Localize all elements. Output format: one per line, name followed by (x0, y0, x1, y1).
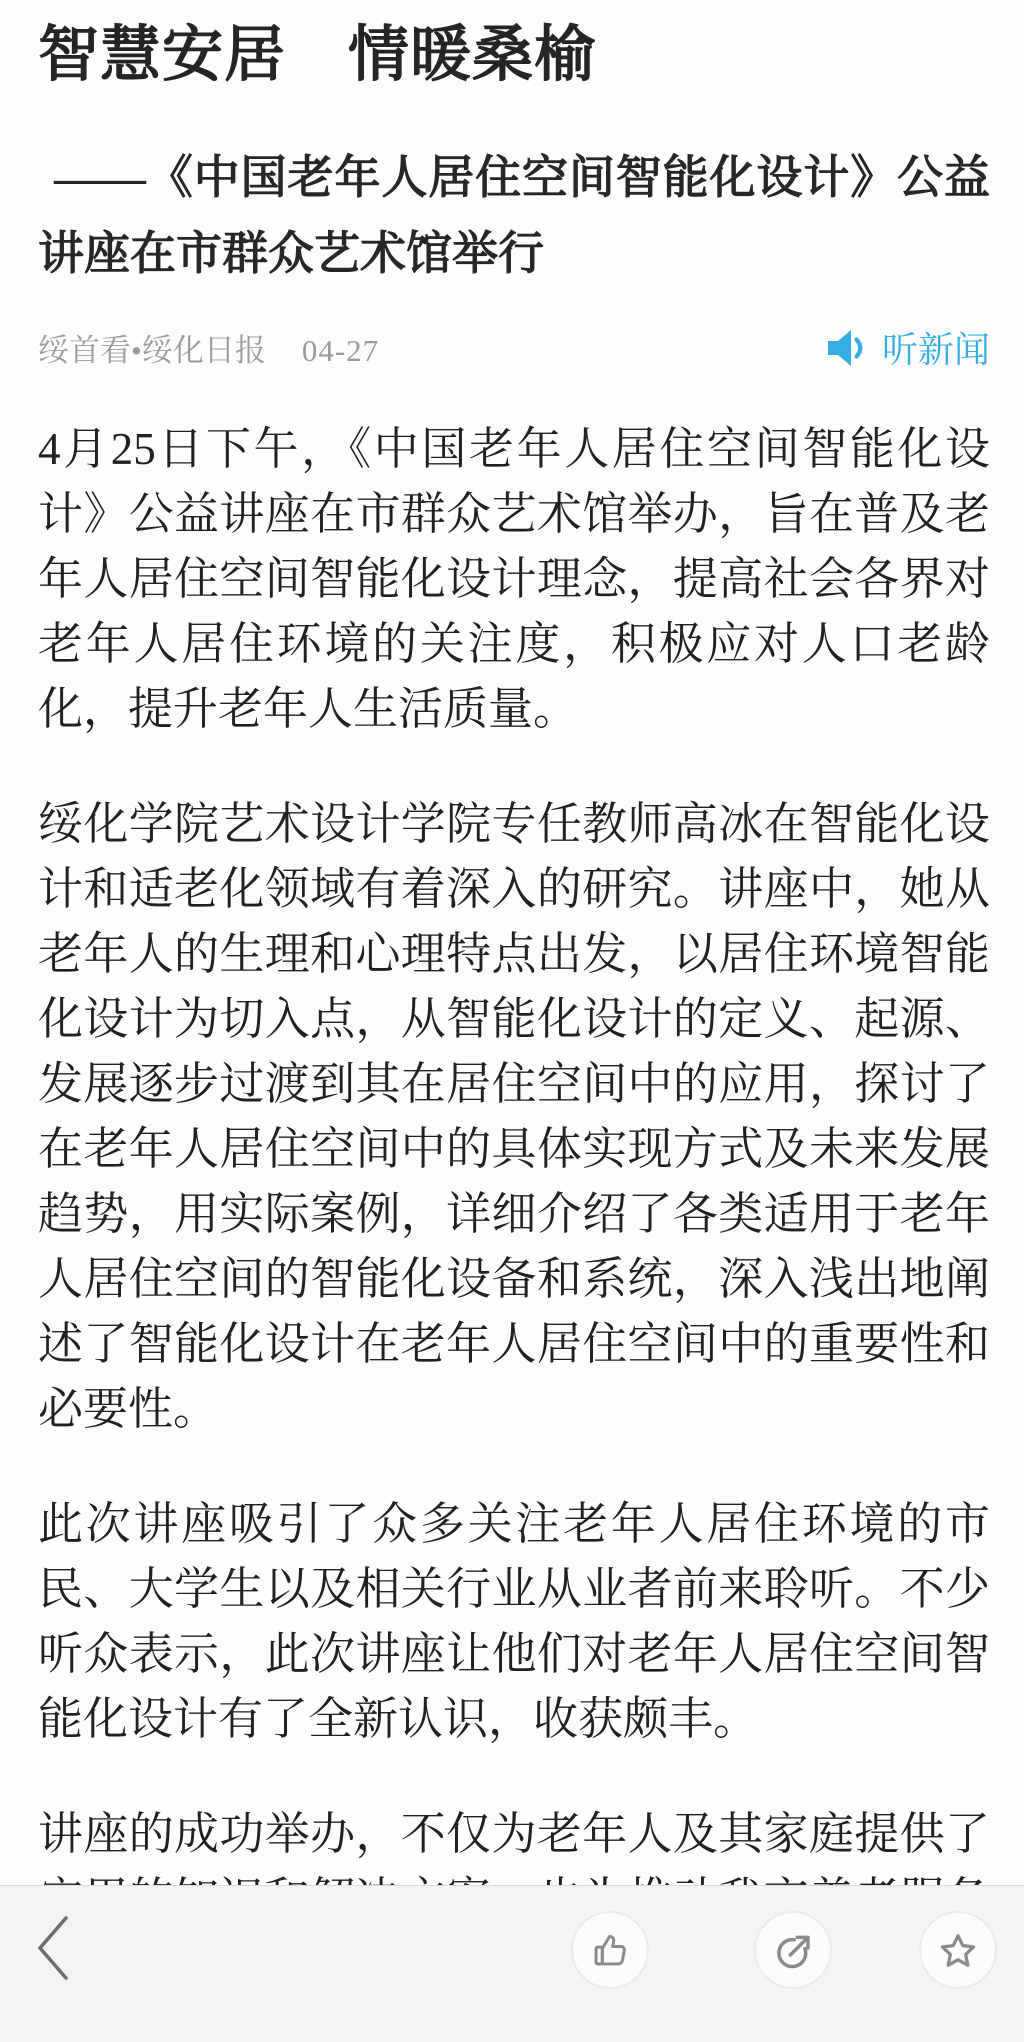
back-icon (26, 1910, 82, 1986)
back-button[interactable] (26, 1910, 82, 1986)
article-source: 绥首看•绥化日报 (38, 325, 266, 370)
article-title: 智慧安居 情暖桑榆 (38, 18, 990, 94)
listen-news-label: 听新闻 (882, 322, 990, 373)
favorite-button[interactable] (919, 1911, 997, 1989)
article-paragraph-3: 此次讲座吸引了众多关注老年人居住环境的市民、大学生以及相关行业从业者前来聆听。不… (38, 1492, 990, 1752)
bottom-toolbar (0, 1885, 1024, 2042)
article-paragraph-1: 4月25日下午，《中国老年人居住空间智能化设计》公益讲座在市群众艺术馆举办，旨在… (38, 417, 990, 742)
share-button[interactable] (754, 1911, 832, 1989)
article-date: 04-27 (302, 333, 379, 369)
thumbs-up-icon (588, 1928, 632, 1972)
meta-row: 绥首看•绥化日报 04-27 听新闻 (38, 322, 990, 373)
share-icon (770, 1927, 816, 1973)
article-body: 4月25日下午，《中国老年人居住空间智能化设计》公益讲座在市群众艺术馆举办，旨在… (38, 417, 990, 1997)
article-paragraph-2: 绥化学院艺术设计学院专任教师高冰在智能化设计和适老化领域有着深入的研究。讲座中，… (38, 792, 990, 1442)
star-icon (935, 1927, 981, 1973)
speaker-icon (824, 326, 868, 370)
article-page: 智慧安居 情暖桑榆 ——《中国老年人居住空间智能化设计》公益讲座在市群众艺术馆举… (0, 0, 1024, 2042)
like-button[interactable] (571, 1911, 649, 1989)
listen-news-button[interactable]: 听新闻 (824, 322, 990, 373)
article-content: 智慧安居 情暖桑榆 ——《中国老年人居住空间智能化设计》公益讲座在市群众艺术馆举… (0, 0, 1024, 1997)
byline: 绥首看•绥化日报 04-27 (38, 325, 379, 370)
article-subtitle: ——《中国老年人居住空间智能化设计》公益讲座在市群众艺术馆举行 (38, 140, 990, 292)
